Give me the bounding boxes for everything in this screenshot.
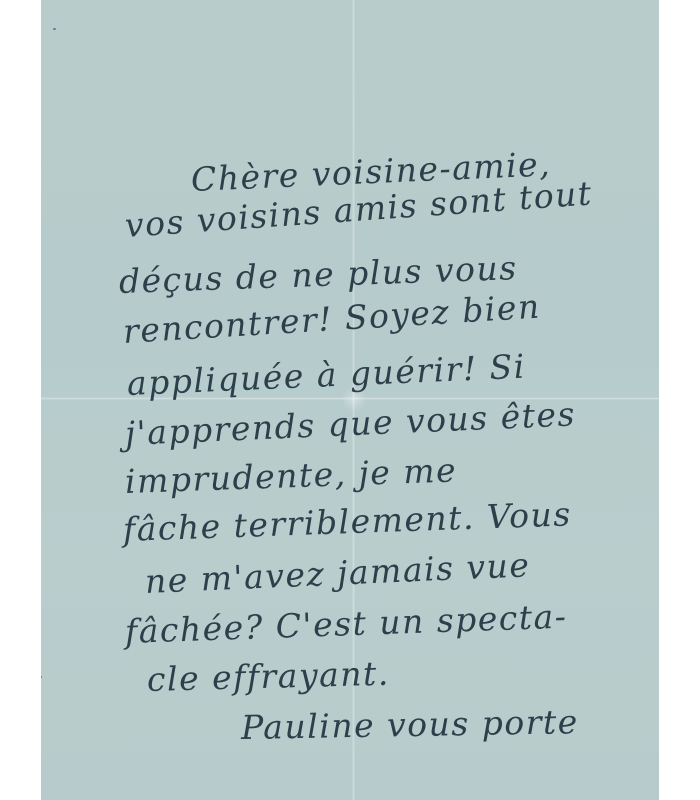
letter-line: fâche terriblement. Vous bbox=[122, 494, 572, 549]
letter-line: appliquée à guérir! Si bbox=[126, 347, 526, 403]
letter-line: imprudente, je me bbox=[124, 450, 457, 501]
letter-line: fâchée? C'est un specta- bbox=[124, 597, 568, 651]
letter-line: ne m'avez jamais vue bbox=[144, 545, 531, 601]
letter-paper: Chère voisine-amie, vos voisins amis son… bbox=[41, 0, 659, 800]
paper-speck bbox=[53, 28, 56, 30]
letter-line: Pauline vous porte bbox=[241, 702, 579, 747]
letter-line: j'apprends que vous êtes bbox=[124, 394, 576, 453]
letter-line: cle effrayant. bbox=[146, 654, 390, 699]
paper-speck bbox=[41, 676, 42, 678]
